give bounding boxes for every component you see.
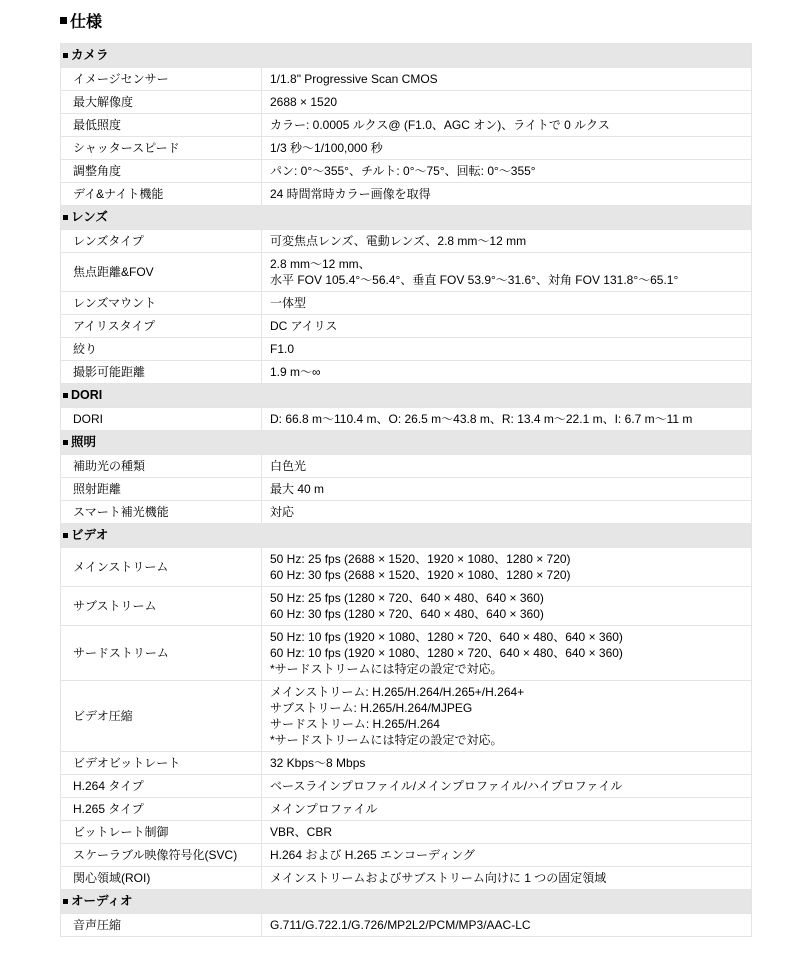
section-title: DORI xyxy=(71,388,102,402)
spec-row: イメージセンサー 1/1.8" Progressive Scan CMOS xyxy=(61,68,752,91)
square-bullet-icon xyxy=(63,53,68,58)
section-header-row: カメラ xyxy=(61,44,752,68)
spec-row: ビデオビットレート 32 Kbps～8 Mbps xyxy=(61,752,752,775)
section-title: レンズ xyxy=(71,210,108,224)
spec-row: デイ&ナイト機能 24 時間常時カラー画像を取得 xyxy=(61,183,752,206)
spec-label: レンズタイプ xyxy=(61,230,262,253)
spec-label: DORI xyxy=(61,408,262,431)
section-header-row: オーディオ xyxy=(61,890,752,914)
spec-row: 調整角度 パン: 0°～355°、チルト: 0°～75°、回転: 0°～355° xyxy=(61,160,752,183)
square-bullet-icon xyxy=(63,215,68,220)
spec-row: ビデオ圧縮 メインストリーム: H.265/H.264/H.265+/H.264… xyxy=(61,681,752,752)
spec-value: ベースラインプロファイル/メインプロファイル/ハイプロファイル xyxy=(262,775,752,798)
spec-value: カラー: 0.0005 ルクス@ (F1.0、AGC オン)、ライトで 0 ルク… xyxy=(262,114,752,137)
spec-value: 2688 × 1520 xyxy=(262,91,752,114)
spec-value: VBR、CBR xyxy=(262,821,752,844)
section-title: オーディオ xyxy=(71,894,133,908)
spec-label: シャッタースピード xyxy=(61,137,262,160)
spec-row: アイリスタイプ DC アイリス xyxy=(61,315,752,338)
spec-value: D: 66.8 m～110.4 m、O: 26.5 m～43.8 m、R: 13… xyxy=(262,408,752,431)
spec-value: 一体型 xyxy=(262,292,752,315)
section-header-cell: レンズ xyxy=(61,206,752,230)
spec-label: 音声圧縮 xyxy=(61,914,262,937)
square-bullet-icon xyxy=(63,533,68,538)
spec-label: 最大解像度 xyxy=(61,91,262,114)
spec-value: 50 Hz: 25 fps (1280 × 720、640 × 480、640 … xyxy=(262,587,752,626)
spec-value: 1/3 秒～1/100,000 秒 xyxy=(262,137,752,160)
spec-row: 補助光の種類 白色光 xyxy=(61,455,752,478)
spec-row: サードストリーム 50 Hz: 10 fps (1920 × 1080、1280… xyxy=(61,626,752,681)
square-bullet-icon xyxy=(63,393,68,398)
spec-label: デイ&ナイト機能 xyxy=(61,183,262,206)
spec-label: 照射距離 xyxy=(61,478,262,501)
spec-row: DORI D: 66.8 m～110.4 m、O: 26.5 m～43.8 m、… xyxy=(61,408,752,431)
section-header-cell: カメラ xyxy=(61,44,752,68)
spec-row: 関心領域(ROI) メインストリームおよびサブストリーム向けに 1 つの固定領域 xyxy=(61,867,752,890)
section-header-row: ビデオ xyxy=(61,524,752,548)
spec-label: ビデオビットレート xyxy=(61,752,262,775)
spec-row: 音声圧縮 G.711/G.722.1/G.726/MP2L2/PCM/MP3/A… xyxy=(61,914,752,937)
square-bullet-icon xyxy=(60,17,67,24)
spec-row: H.265 タイプ メインプロファイル xyxy=(61,798,752,821)
spec-label: ビデオ圧縮 xyxy=(61,681,262,752)
spec-row: スマート補光機能 対応 xyxy=(61,501,752,524)
spec-value: メインストリーム: H.265/H.264/H.265+/H.264+ サブスト… xyxy=(262,681,752,752)
spec-label: 焦点距離&FOV xyxy=(61,253,262,292)
section-header-row: 照明 xyxy=(61,431,752,455)
section-title: 照明 xyxy=(71,435,96,449)
spec-label: メインストリーム xyxy=(61,548,262,587)
spec-label: レンズマウント xyxy=(61,292,262,315)
spec-value: 最大 40 m xyxy=(262,478,752,501)
spec-label: 最低照度 xyxy=(61,114,262,137)
spec-value: パン: 0°～355°、チルト: 0°～75°、回転: 0°～355° xyxy=(262,160,752,183)
spec-row: シャッタースピード 1/3 秒～1/100,000 秒 xyxy=(61,137,752,160)
spec-label: スケーラブル映像符号化(SVC) xyxy=(61,844,262,867)
spec-label: 調整角度 xyxy=(61,160,262,183)
spec-row: レンズマウント 一体型 xyxy=(61,292,752,315)
section-header-cell: オーディオ xyxy=(61,890,752,914)
spec-row: 撮影可能距離 1.9 m～∞ xyxy=(61,361,752,384)
spec-value: メインプロファイル xyxy=(262,798,752,821)
spec-row: 絞り F1.0 xyxy=(61,338,752,361)
spec-row: 焦点距離&FOV 2.8 mm～12 mm、 水平 FOV 105.4°～56.… xyxy=(61,253,752,292)
spec-label: サブストリーム xyxy=(61,587,262,626)
page-title: 仕様 xyxy=(60,10,800,30)
spec-row: レンズタイプ 可変焦点レンズ、電動レンズ、2.8 mm～12 mm xyxy=(61,230,752,253)
spec-label: サードストリーム xyxy=(61,626,262,681)
spec-value: 可変焦点レンズ、電動レンズ、2.8 mm～12 mm xyxy=(262,230,752,253)
square-bullet-icon xyxy=(63,440,68,445)
spec-row: サブストリーム 50 Hz: 25 fps (1280 × 720、640 × … xyxy=(61,587,752,626)
spec-label: H.264 タイプ xyxy=(61,775,262,798)
spec-label: イメージセンサー xyxy=(61,68,262,91)
spec-label: 絞り xyxy=(61,338,262,361)
spec-label: アイリスタイプ xyxy=(61,315,262,338)
spec-row: スケーラブル映像符号化(SVC) H.264 および H.265 エンコーディン… xyxy=(61,844,752,867)
section-header-cell: DORI xyxy=(61,384,752,408)
section-header-cell: ビデオ xyxy=(61,524,752,548)
spec-value: H.264 および H.265 エンコーディング xyxy=(262,844,752,867)
section-header-row: レンズ xyxy=(61,206,752,230)
spec-label: 関心領域(ROI) xyxy=(61,867,262,890)
spec-value: 白色光 xyxy=(262,455,752,478)
spec-row: 最大解像度 2688 × 1520 xyxy=(61,91,752,114)
spec-label: 撮影可能距離 xyxy=(61,361,262,384)
spec-value: 対応 xyxy=(262,501,752,524)
spec-label: H.265 タイプ xyxy=(61,798,262,821)
section-header-cell: 照明 xyxy=(61,431,752,455)
spec-row: H.264 タイプ ベースラインプロファイル/メインプロファイル/ハイプロファイ… xyxy=(61,775,752,798)
spec-row: 照射距離 最大 40 m xyxy=(61,478,752,501)
spec-label: 補助光の種類 xyxy=(61,455,262,478)
section-title: カメラ xyxy=(71,48,109,62)
section-title: ビデオ xyxy=(71,528,108,542)
spec-value: 2.8 mm～12 mm、 水平 FOV 105.4°～56.4°、垂直 FOV… xyxy=(262,253,752,292)
spec-value: F1.0 xyxy=(262,338,752,361)
spec-label: ビットレート制御 xyxy=(61,821,262,844)
spec-value: 50 Hz: 10 fps (1920 × 1080、1280 × 720、64… xyxy=(262,626,752,681)
square-bullet-icon xyxy=(63,899,68,904)
spec-value: DC アイリス xyxy=(262,315,752,338)
section-header-row: DORI xyxy=(61,384,752,408)
spec-row: ビットレート制御 VBR、CBR xyxy=(61,821,752,844)
spec-value: 1.9 m～∞ xyxy=(262,361,752,384)
spec-row: メインストリーム 50 Hz: 25 fps (2688 × 1520、1920… xyxy=(61,548,752,587)
spec-value: 50 Hz: 25 fps (2688 × 1520、1920 × 1080、1… xyxy=(262,548,752,587)
spec-value: G.711/G.722.1/G.726/MP2L2/PCM/MP3/AAC-LC xyxy=(262,914,752,937)
spec-table: カメラ イメージセンサー 1/1.8" Progressive Scan CMO… xyxy=(60,43,752,937)
spec-value: 32 Kbps～8 Mbps xyxy=(262,752,752,775)
spec-value: 24 時間常時カラー画像を取得 xyxy=(262,183,752,206)
page-title-text: 仕様 xyxy=(70,9,102,32)
spec-row: 最低照度 カラー: 0.0005 ルクス@ (F1.0、AGC オン)、ライトで… xyxy=(61,114,752,137)
spec-value: 1/1.8" Progressive Scan CMOS xyxy=(262,68,752,91)
spec-label: スマート補光機能 xyxy=(61,501,262,524)
spec-page: 仕様 カメラ イメージセンサー 1/1.8" Progressive Scan … xyxy=(0,0,800,937)
spec-value: メインストリームおよびサブストリーム向けに 1 つの固定領域 xyxy=(262,867,752,890)
